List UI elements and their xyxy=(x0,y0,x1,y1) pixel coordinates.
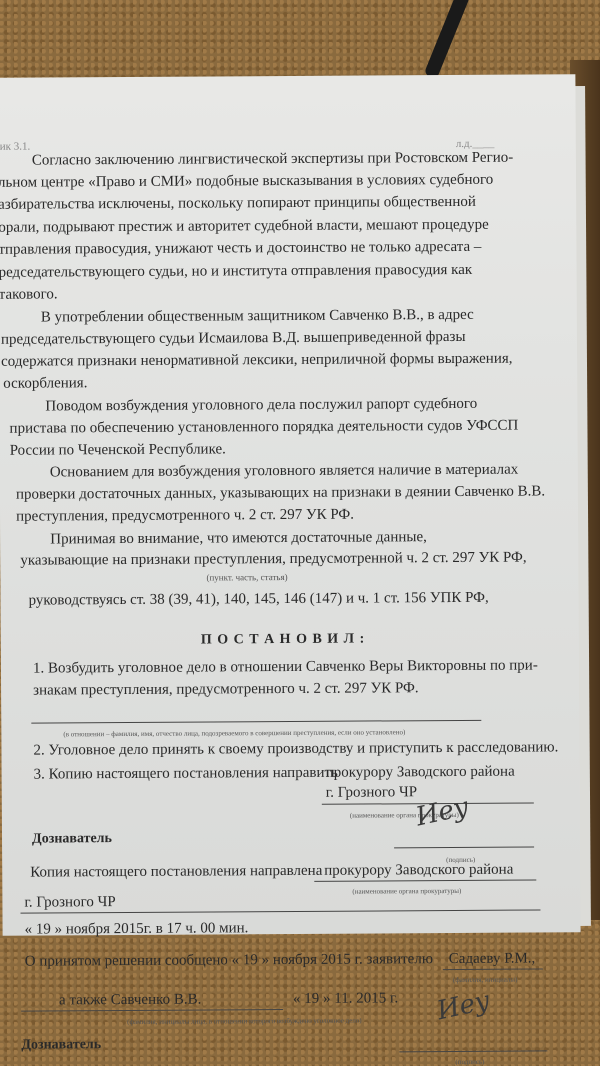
paragraph-2-line-4: оскорбления. xyxy=(3,374,87,394)
paragraph-1-line-4: орали, подрывают престиж и авторитет суд… xyxy=(0,216,489,238)
item-1-line-2: знакам преступления, предусмотренного ч.… xyxy=(33,679,419,700)
notification-also-date: « 19 » 11. 2015 г. xyxy=(293,989,398,1009)
page-header-left: ник 3.1. xyxy=(0,138,30,157)
investigator-signature-1: Иеу xyxy=(414,798,470,828)
paragraph-1-line-1: Согласно заключению лингвистической эксп… xyxy=(32,149,513,171)
paragraph-2-line-2: председательствующего судьи Исмаилова В.… xyxy=(1,328,466,350)
paragraph-1-line-2: льном центре «Право и СМИ» подобные выск… xyxy=(0,171,493,193)
item-3-label: 3. Копию настоящего постановления направ… xyxy=(34,764,338,785)
investigator-signature-2: Иеу xyxy=(436,991,492,1021)
paragraph-4-line-1: Основанием для возбуждения уголовного яв… xyxy=(50,461,519,483)
paragraph-1-line-7: такового. xyxy=(0,285,58,304)
decision-date-time: « 19 » ноября 2015г. в 17 ч. 00 мин. xyxy=(25,919,249,939)
notification-text: О принятом решении сообщено « 19 » ноябр… xyxy=(25,950,433,971)
notification-also-underline xyxy=(21,1009,283,1012)
copy-sent-caption: (наименование органа прокуратуры) xyxy=(352,882,461,902)
resolution-title: П О С Т А Н О В И Л : xyxy=(201,630,366,650)
notification-recipient: Садаеву Р.М., xyxy=(449,950,536,970)
investigator-title-2: Дознаватель xyxy=(21,1035,101,1054)
copy-sent-city: г. Грозного ЧР xyxy=(24,893,115,913)
paragraph-1-line-3: азбирательства исключены, поскольку попи… xyxy=(0,193,528,215)
notification-also-name: а также Савченко В.В. xyxy=(59,991,201,1011)
paragraph-2-line-3: содержатся признаки ненормативной лексик… xyxy=(1,350,512,372)
paragraph-2-line-1: В употреблении общественным защитником С… xyxy=(41,306,474,328)
paragraph-3-line-3: России по Чеченской Республике. xyxy=(10,440,226,460)
investigator-title-1: Дознаватель xyxy=(32,829,112,848)
paragraph-4-line-2: проверки достаточных данных, указывающих… xyxy=(16,482,545,504)
paragraph-4-line-3: преступления, предусмотренного ч. 2 ст. … xyxy=(16,506,354,527)
item-2: 2. Уголовное дело принять к своему произ… xyxy=(33,738,558,760)
black-cord xyxy=(424,0,471,79)
document-page: ник 3.1. л.д.____ Согласно заключению ли… xyxy=(0,74,581,936)
signature-caption-2: (подпись) xyxy=(455,1053,484,1066)
paragraph-1-line-5: тправления правосудия, унижают честь и д… xyxy=(0,238,481,260)
item-3-prosecutor: прокурору Заводского района xyxy=(326,763,515,783)
paragraph-1-line-6: редседательствующего судьи, но и институ… xyxy=(0,261,472,283)
copy-sent-recipient: прокурору Заводского района xyxy=(324,861,513,881)
paragraph-5-caption: (пункт. часть, статья) xyxy=(206,568,287,587)
paragraph-6: руководствуясь ст. 38 (39, 41), 140, 145… xyxy=(29,589,489,611)
notification-also-caption: (фамилия, инициалы лица, в отношении кот… xyxy=(127,1012,362,1032)
item-1-underline xyxy=(31,720,481,724)
item-1-line-1: 1. Возбудить уголовное дело в отношении … xyxy=(33,656,538,678)
signature-line-1 xyxy=(394,847,534,849)
paragraph-3-line-2: пристава по обеспечению установленного п… xyxy=(9,417,518,439)
paragraph-5-line-1: Принимая во внимание, что имеются достат… xyxy=(50,528,427,549)
item-3-city: г. Грозного ЧР xyxy=(326,783,417,803)
paragraph-3-line-1: Поводом возбуждения уголовного дела посл… xyxy=(45,395,477,417)
copy-sent-label: Копия настоящего постановления направлен… xyxy=(30,862,322,883)
